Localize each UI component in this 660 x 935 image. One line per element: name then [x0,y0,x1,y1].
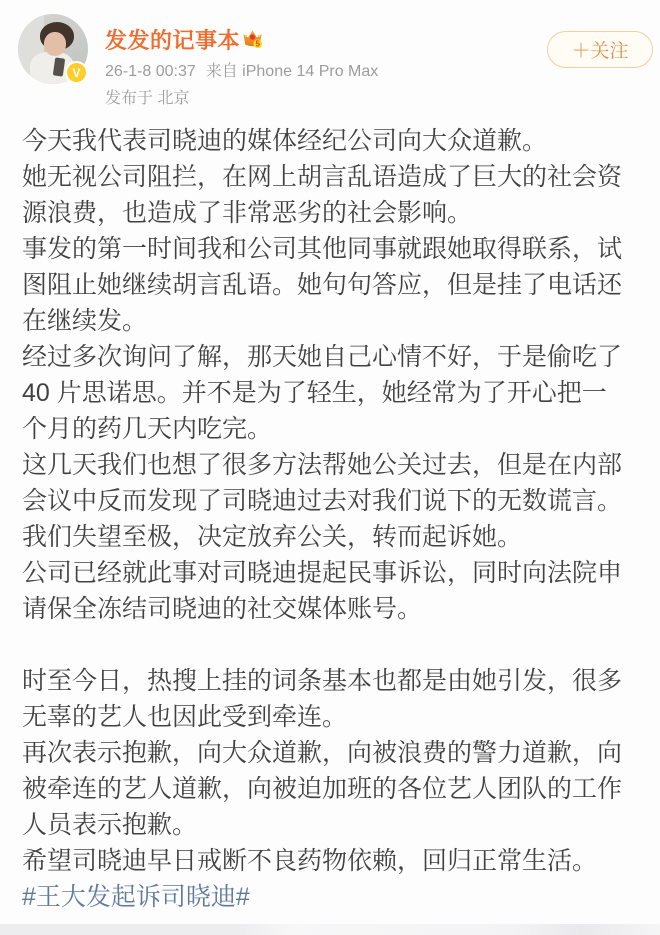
post-paragraph: 事发的第一时间我和公司其他同事就跟她取得联系，试图阻止她继续胡言乱语。她句句答应… [22,231,625,339]
bottom-edge-divider [0,924,660,935]
post-paragraph: 我们失望至极，决定放弃公关，转而起诉她。 [22,519,625,555]
post-paragraph: 经过多次询问了解，那天她自己心情不好，于是偷吃了40 片思诺思。并不是为了轻生，… [22,339,625,447]
post-timestamp: 26-1-8 00:37 [105,63,196,80]
post-text: 今天我代表司晓迪的媒体经纪公司向大众道歉。 她无视公司阻拦，在网上胡言乱语造成了… [22,123,625,915]
post-paragraph-blank [22,627,625,663]
vip-level-number: 5 [256,40,261,49]
avatar-photo-face [44,32,66,56]
post-paragraph: 这几天我们也想了很多方法帮她公关过去，但是在内部会议中反而发现了司晓迪过去对我们… [22,447,625,519]
post-paragraph: 今天我代表司晓迪的媒体经纪公司向大众道歉。 [22,123,625,159]
follow-button[interactable]: ＋关注 [547,31,653,68]
post-paragraph: 再次表示抱歉，向大众道歉，向被浪费的警力道歉，向被牵连的艺人道歉，向被迫加班的各… [22,735,625,843]
post-paragraph: 公司已经就此事对司晓迪提起民事诉讼，同时向法院申请保全冻结司晓迪的社交媒体账号。 [22,555,625,627]
post-meta-line: 26-1-8 00:37来自 iPhone 14 Pro Max [105,58,378,81]
hashtag-link[interactable]: #王大发起诉司晓迪# [22,883,250,911]
post-paragraph: 时至今日，热搜上挂的词条基本也都是由她引发，很多无辜的艺人也因此受到牵连。 [22,663,625,735]
post-location: 发布于 北京 [105,85,189,108]
post-source-device[interactable]: 来自 iPhone 14 Pro Max [206,63,379,80]
post-paragraph: 希望司晓迪早日戒断不良药物依赖，回归正常生活。 [22,843,625,879]
author-name[interactable]: 发发的记事本 [105,24,240,55]
post-paragraph: 她无视公司阻拦，在网上胡言乱语造成了巨大的社会资源浪费，也造成了非常恶劣的社会影… [22,159,625,231]
weibo-post-card: V 发发的记事本 5 26-1-8 00:37来自 iPhone 14 Pro … [0,0,660,935]
vip-crown-icon: 5 [241,27,264,50]
verified-v-icon: V [65,61,88,84]
